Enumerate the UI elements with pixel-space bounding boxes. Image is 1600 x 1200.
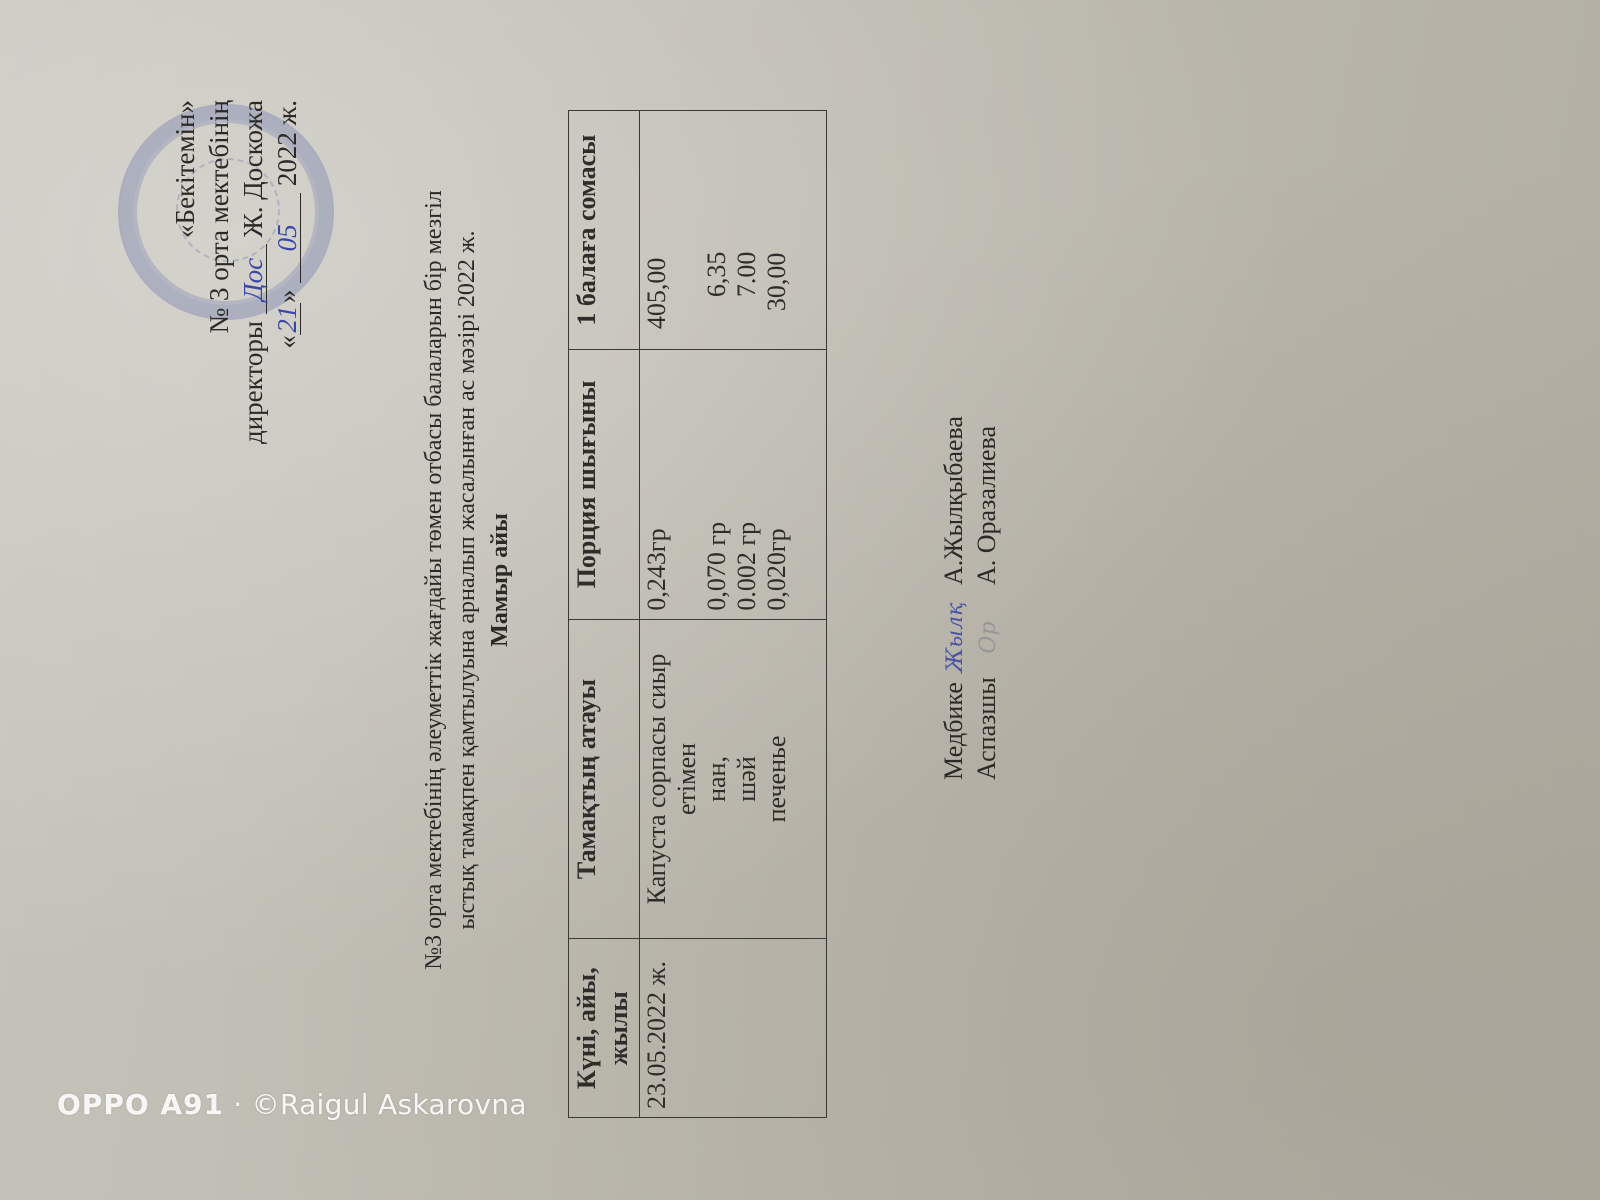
approval-school-line: № 3 орта мектебінің	[202, 100, 236, 500]
cell-spacer	[672, 119, 702, 341]
director-signature: Дос	[240, 244, 267, 314]
approval-date-month: 05	[274, 193, 301, 283]
approval-block: «Бекітемін» № 3 орта мектебінің директор…	[168, 100, 304, 500]
approval-date-line: «21» 05 2022 ж.	[270, 100, 304, 500]
director-name: Ж. Доскожа	[238, 100, 268, 237]
watermark-device: OPPO A91	[57, 1088, 224, 1121]
watermark-separator: ·	[233, 1088, 242, 1121]
director-label: директоры	[238, 321, 268, 444]
cell-date: 23.05.2022 ж.	[640, 939, 827, 1118]
date-value: 23.05.2022 ж.	[642, 947, 672, 1109]
date-open-quote: «	[272, 335, 302, 349]
title-line-2: ыстық тамақпен қамтылуына арналып жасалы…	[451, 80, 484, 1080]
header-food: Тамақтың атауы	[569, 619, 640, 939]
cost-value: 405,00	[642, 119, 672, 341]
camera-watermark: OPPO A91 · ©Raigul Askarovna	[57, 1088, 527, 1121]
header-portion: Порция шығыны	[569, 350, 640, 619]
table-header-row: Күні, айы, жылы Тамақтың атауы Порция шы…	[569, 111, 640, 1118]
signature-name: А. Оразалиева	[971, 426, 1002, 585]
food-item: нан,	[702, 628, 732, 931]
header-cost: 1 балаға сомасы	[569, 111, 640, 350]
portion-value: 0,243гр	[642, 358, 672, 610]
header-date: Күні, айы, жылы	[569, 939, 640, 1118]
cost-value: 6,35	[702, 119, 732, 341]
menu-table: Күні, айы, жылы Тамақтың атауы Порция шы…	[568, 110, 827, 1118]
approval-heading: «Бекітемін»	[168, 100, 202, 500]
cost-value: 30,00	[762, 119, 792, 341]
portion-value: 0,070 гр	[702, 358, 732, 610]
portion-value: 0.002 гр	[732, 358, 762, 610]
approval-director-line: директоры Дос Ж. Доскожа	[236, 100, 270, 500]
cell-food: Капуста сорпасы сиыр етімен нан, шәй печ…	[640, 619, 827, 939]
watermark-credit: ©Raigul Askarovna	[252, 1088, 527, 1121]
cell-portion: 0,243гр 0,070 гр 0.002 гр 0,020гр	[640, 350, 827, 619]
cell-spacer	[672, 358, 702, 610]
signature-role: Медбике	[938, 690, 969, 780]
signatures-block: Медбике Жылқ А.Жылқыбаева Аспазшы Ор А. …	[938, 260, 1004, 780]
food-item: печенье	[762, 628, 792, 931]
approval-date-year: 2022 ж.	[272, 100, 302, 186]
handwritten-signature: Ор	[973, 585, 1004, 690]
cost-value: 7.00	[732, 119, 762, 341]
approval-date-day: 21	[274, 303, 301, 335]
portion-value: 0,020гр	[762, 358, 792, 610]
title-month: Мамыр айы	[484, 80, 517, 1080]
handwritten-signature: Жылқ	[940, 585, 971, 690]
title-line-1: №3 орта мектебінің әлеуметтік жағдайы тө…	[418, 80, 451, 1080]
signature-role: Аспазшы	[971, 690, 1002, 780]
signature-row-nurse: Медбике Жылқ А.Жылқыбаева	[938, 260, 971, 780]
food-item: шәй	[732, 628, 762, 931]
document-title: №3 орта мектебінің әлеуметтік жағдайы тө…	[418, 80, 517, 1080]
signature-row-cook: Аспазшы Ор А. Оразалиева	[971, 260, 1004, 780]
table-row: 23.05.2022 ж. Капуста сорпасы сиыр етіме…	[640, 111, 827, 1118]
menu-document-page: «Бекітемін» № 3 орта мектебінің директор…	[0, 0, 1600, 1200]
signature-name: А.Жылқыбаева	[938, 416, 969, 585]
food-item: Капуста сорпасы сиыр етімен	[642, 628, 702, 931]
date-close-quote: »	[272, 290, 302, 304]
cell-cost: 405,00 6,35 7.00 30,00	[640, 111, 827, 350]
